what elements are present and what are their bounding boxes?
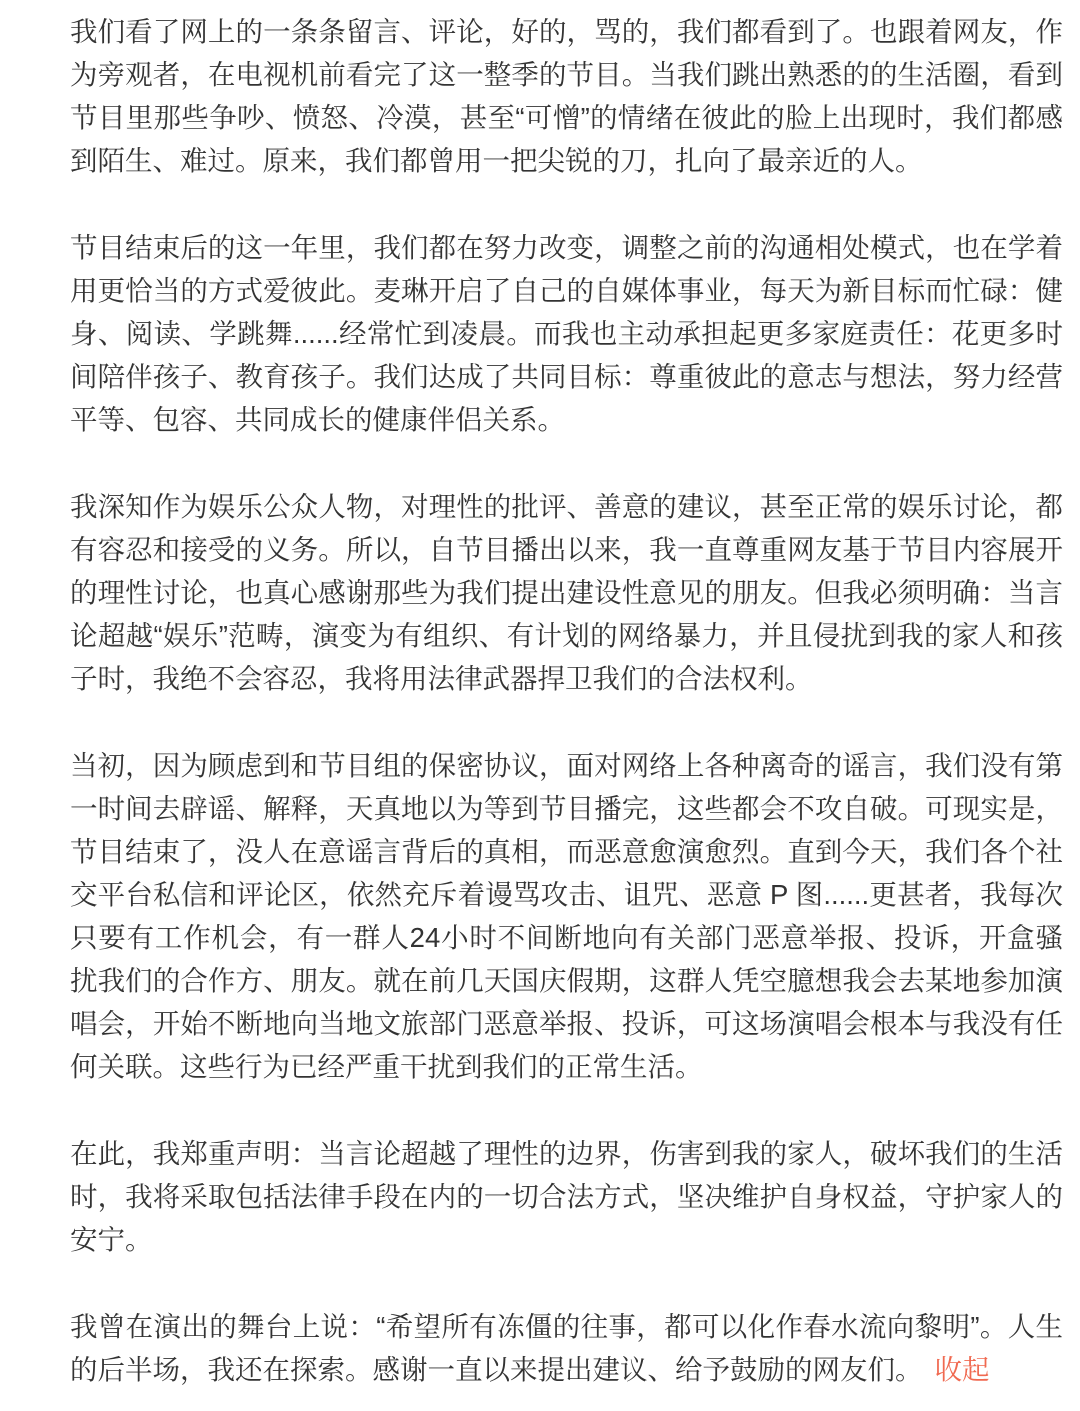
statement-paragraph-3: 我深知作为娱乐公众人物，对理性的批评、善意的建议，甚至正常的娱乐讨论，都有容忍和…	[70, 485, 1063, 700]
statement-paragraph-6-text: 我曾在演出的舞台上说：“希望所有冻僵的往事，都可以化作春水流向黎明”。人生的后半…	[70, 1311, 1063, 1385]
statement-paragraph-4: 当初，因为顾虑到和节目组的保密协议，面对网络上各种离奇的谣言，我们没有第一时间去…	[70, 744, 1063, 1088]
statement-paragraph-6: 我曾在演出的舞台上说：“希望所有冻僵的往事，都可以化作春水流向黎明”。人生的后半…	[70, 1305, 1063, 1391]
statement-body: 我们看了网上的一条条留言、评论，好的，骂的，我们都看到了。也跟着网友，作为旁观者…	[0, 0, 1080, 1391]
statement-paragraph-5: 在此，我郑重声明：当言论超越了理性的边界，伤害到我的家人，破坏我们的生活时，我将…	[70, 1132, 1063, 1261]
statement-paragraph-1: 我们看了网上的一条条留言、评论，好的，骂的，我们都看到了。也跟着网友，作为旁观者…	[70, 10, 1063, 182]
collapse-link[interactable]: 收起	[935, 1354, 990, 1385]
statement-paragraph-2: 节目结束后的这一年里，我们都在努力改变，调整之前的沟通相处模式，也在学着用更恰当…	[70, 226, 1063, 441]
post-page: { "page": { "background": "#ffffff", "co…	[0, 0, 1080, 1411]
